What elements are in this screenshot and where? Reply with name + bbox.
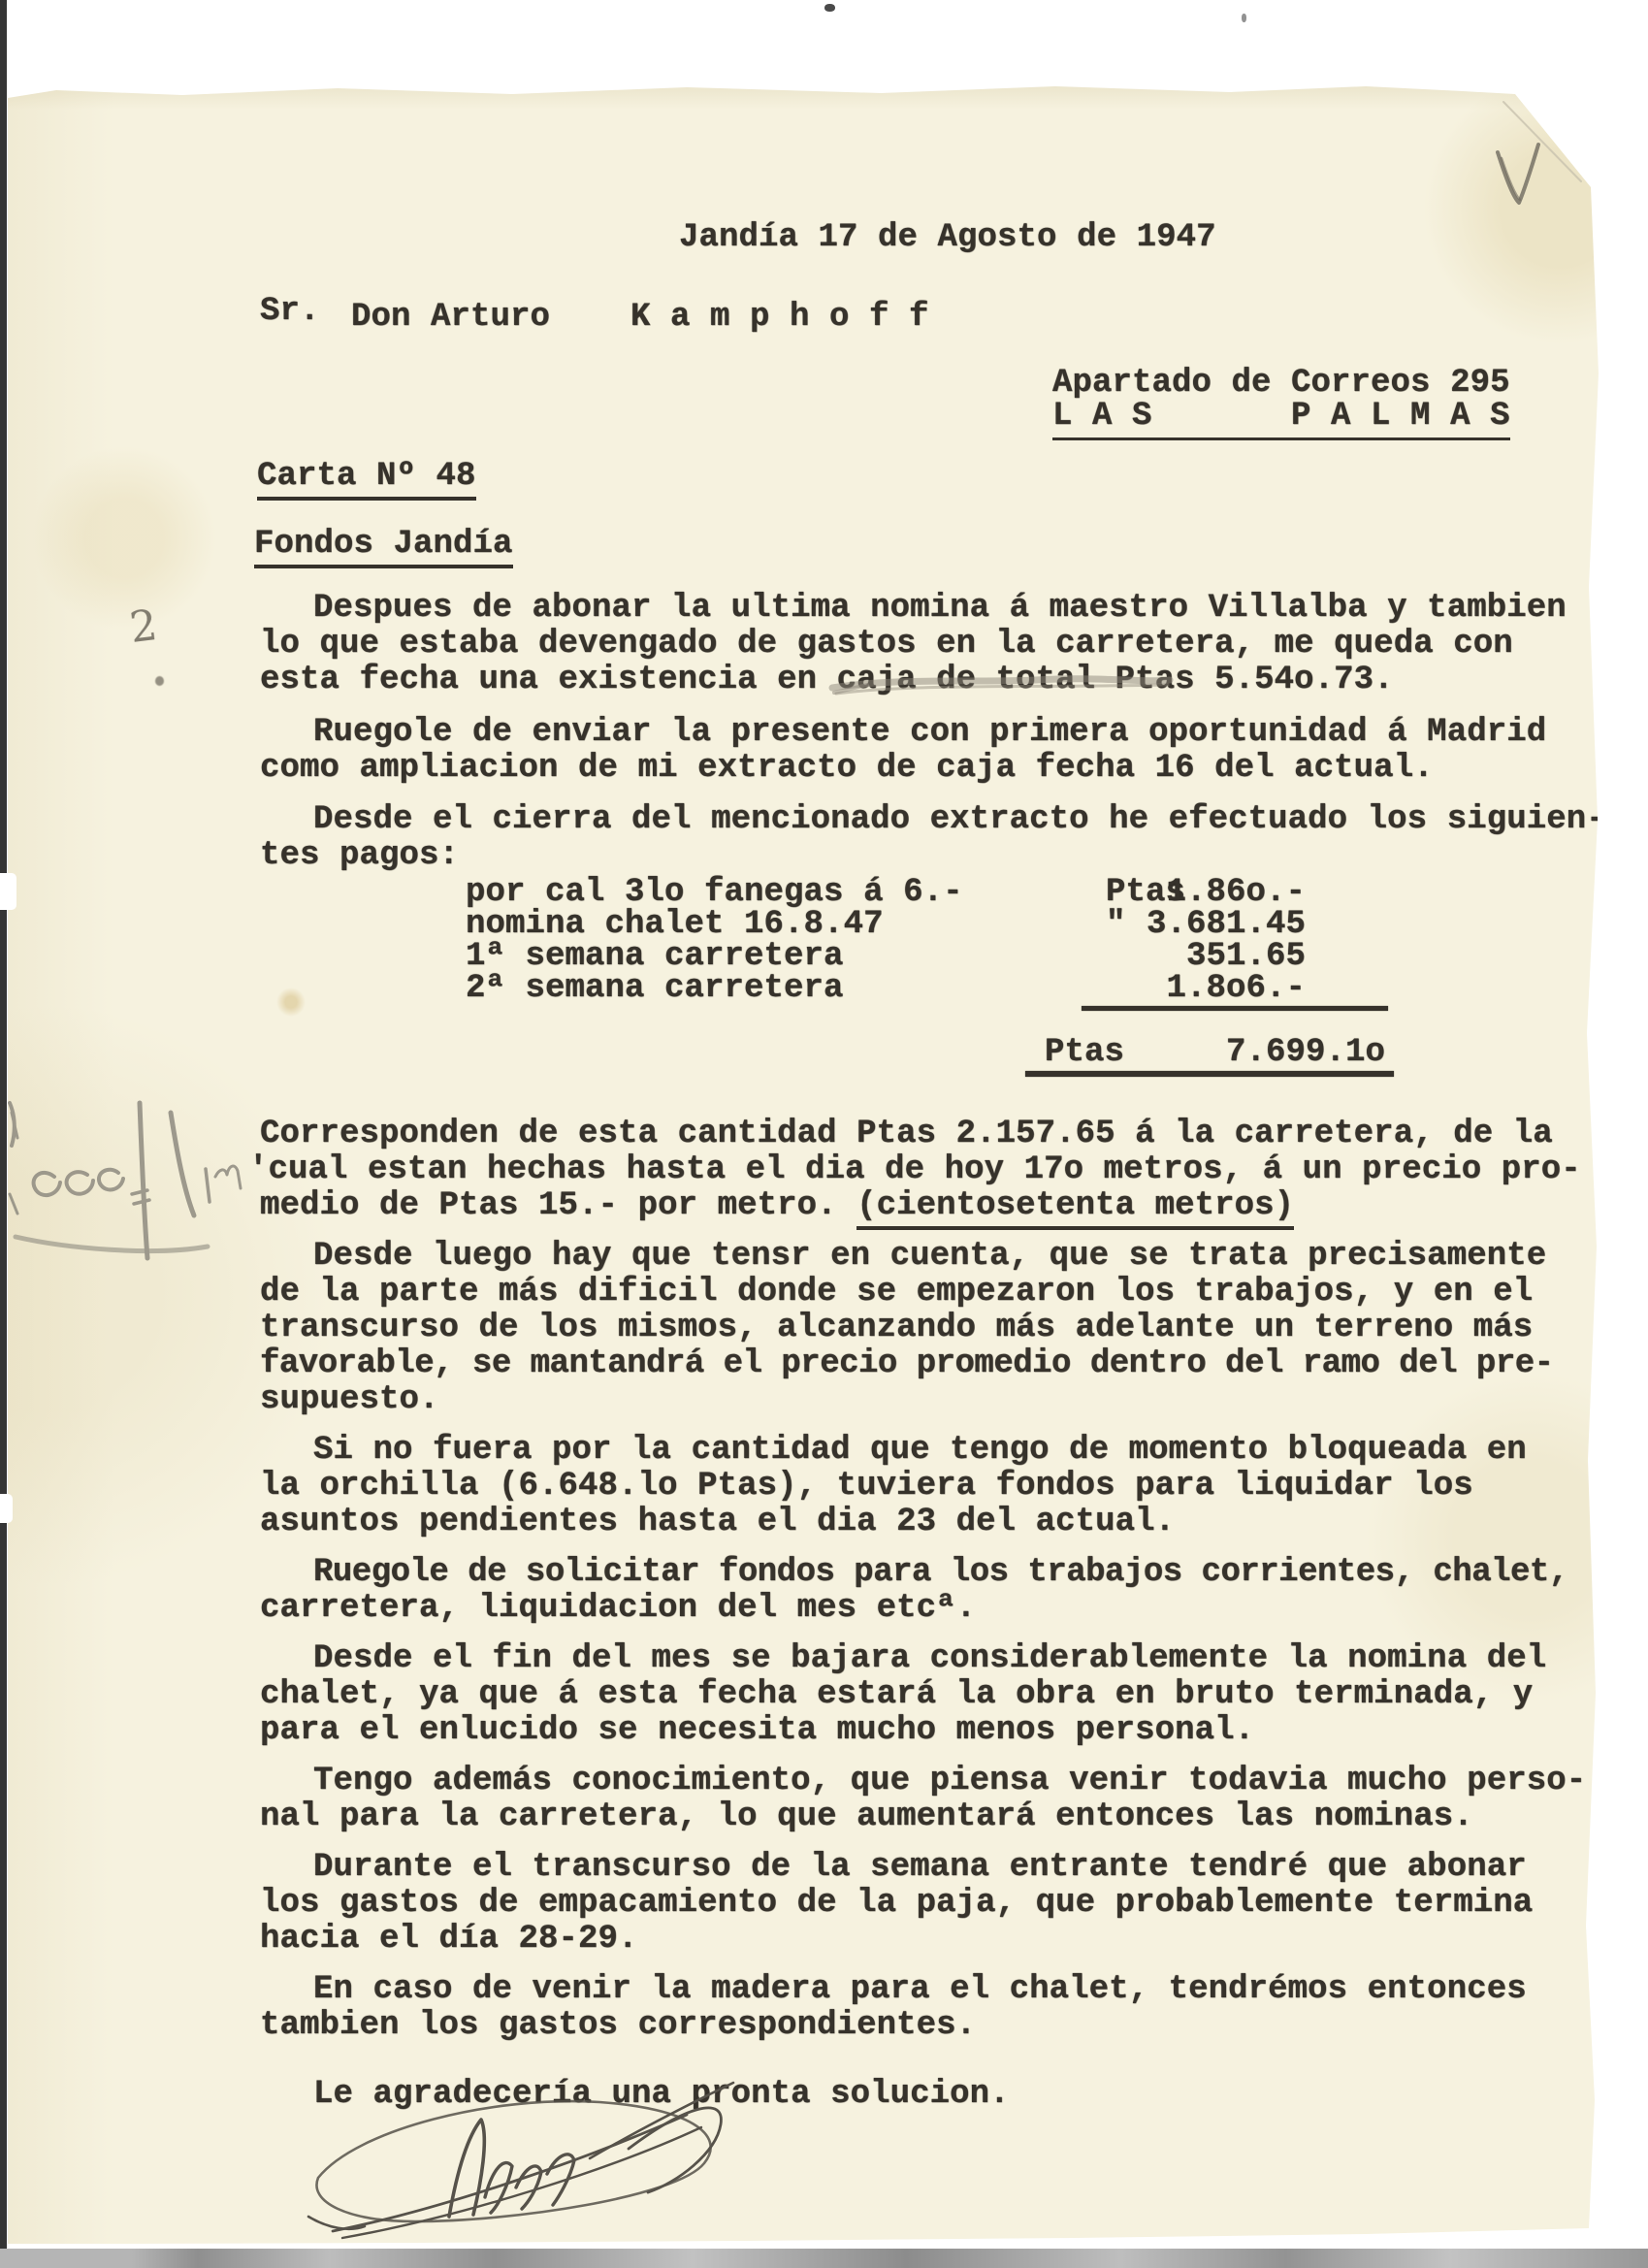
paper-notch — [0, 873, 16, 910]
paper: Jandía 17 de Agosto de 1947 Sr. Don Artu… — [8, 82, 1600, 2244]
scan-speck — [824, 4, 835, 12]
pencil-strikethrough — [832, 679, 1170, 694]
scanner-edge-left — [0, 0, 7, 2252]
scanned-letter-page: Jandía 17 de Agosto de 1947 Sr. Don Artu… — [0, 0, 1648, 2268]
pencil-checkmark — [1498, 145, 1538, 203]
signature — [308, 2083, 733, 2238]
paper-notch — [0, 1494, 13, 1523]
scan-speck — [1242, 14, 1246, 22]
pencil-scribble — [10, 1103, 241, 1258]
corner-crease — [1503, 102, 1581, 181]
scanner-bar-bottom — [0, 2249, 1648, 2268]
handwriting-overlay — [8, 82, 1600, 2244]
